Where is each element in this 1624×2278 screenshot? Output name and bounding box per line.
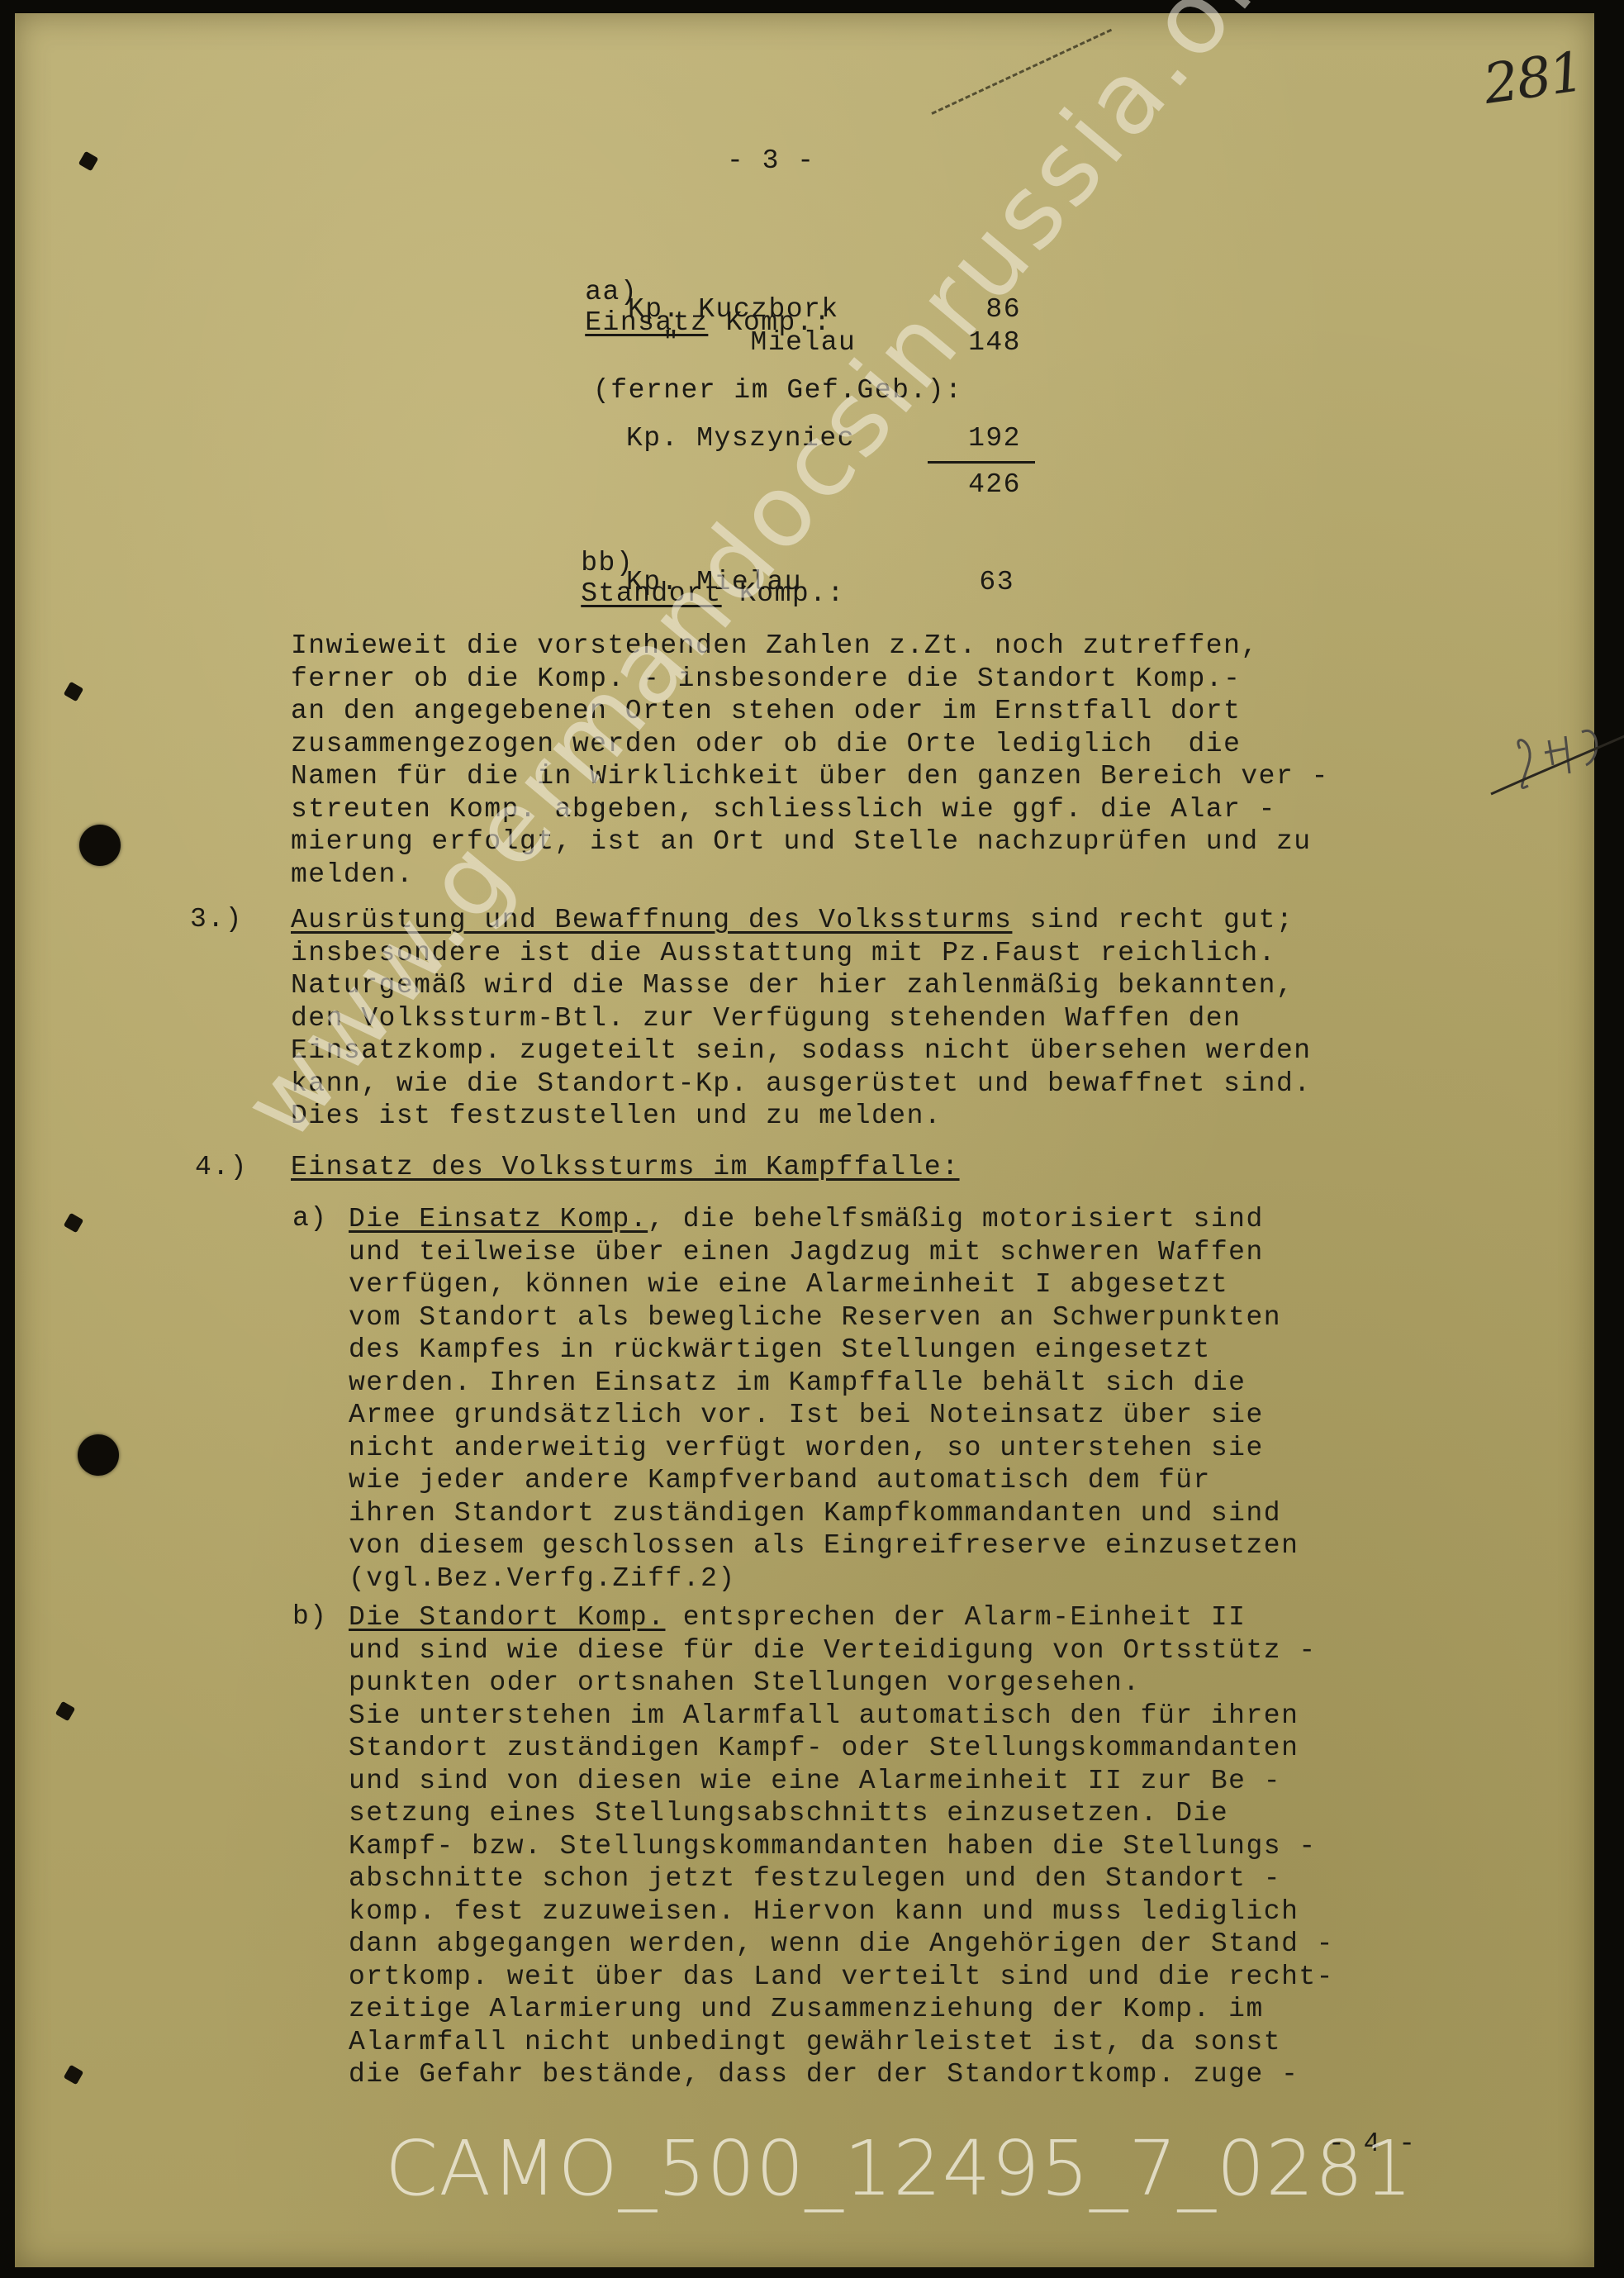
section-4b-label: b) [292, 1601, 328, 1632]
text-line: und teilweise über einen Jagdzug mit sch… [349, 1236, 1522, 1269]
text-line: dann abgegangen werden, wenn die Angehör… [349, 1928, 1522, 1961]
staple-mark [78, 151, 99, 172]
section-4-number: 4.) [195, 1152, 248, 1182]
row-value: 63 [915, 567, 1014, 597]
text-line: kann, wie die Standort-Kp. ausgerüstet u… [291, 1068, 1464, 1101]
section-4a-heading: Die Einsatz Komp. [349, 1204, 648, 1234]
text-line: an den angegebenen Orten stehen oder im … [291, 695, 1464, 728]
text-line: wie jeder andere Kampfverband automatisc… [349, 1464, 1522, 1497]
text-line: setzung eines Stellungsabschnitts einzus… [349, 1797, 1522, 1830]
text-line: zeitige Alarmierung und Zusammenziehung … [349, 1993, 1522, 2026]
company-row: Kp. Mielau [626, 567, 802, 597]
company-row: " Mielau [662, 327, 856, 358]
row-prefix: Kp. [626, 567, 679, 597]
text-line: Sie unterstehen im Alarmfall automatisch… [349, 1700, 1522, 1733]
text-line: und sind wie diese für die Verteidigung … [349, 1634, 1522, 1667]
section-4b: Die Standort Komp. entsprechen der Alarm… [349, 1601, 1522, 2091]
punch-hole [78, 1434, 119, 1476]
row-name: Myszyniec [696, 423, 855, 454]
folio-number: 281 [1479, 40, 1587, 117]
tear-mark [55, 1701, 76, 1722]
row-value: 148 [922, 327, 1021, 358]
page-number-top: - 3 - [727, 145, 815, 176]
text-line: Kampf- bzw. Stellungskommandanten haben … [349, 1830, 1522, 1863]
tear-mark [64, 2065, 84, 2085]
row-name: Kuczbork [698, 294, 838, 325]
pencil-mark [931, 29, 1112, 115]
text-line: nicht anderweitig verfügt worden, so unt… [349, 1432, 1522, 1465]
text-line: und sind von diesen wie eine Alarmeinhei… [349, 1765, 1522, 1798]
text-line: melden. [291, 858, 1464, 892]
row-prefix: " [662, 327, 680, 358]
text-line: punkten oder ortsnahen Stellungen vorges… [349, 1667, 1522, 1700]
text-line: (vgl.Bez.Verfg.Ziff.2) [349, 1562, 1522, 1596]
section-3: Ausrüstung und Bewaffnung des Volkssturm… [291, 904, 1464, 1133]
text-line: zusammengezogen werden oder ob die Orte … [291, 728, 1464, 761]
text-line: werden. Ihren Einsatz im Kampffalle behä… [349, 1367, 1522, 1400]
text-line: mierung erfolgt, ist an Ort und Stelle n… [291, 825, 1464, 858]
document-page: 281 - 3 - aa) Einsatz Komp.: Kp. Kuczbor… [15, 13, 1594, 2267]
text-line: des Kampfes in rückwärtigen Stellungen e… [349, 1334, 1522, 1367]
row-prefix: Kp. [628, 294, 681, 325]
tear-mark [64, 1213, 84, 1234]
text-line: Einsatzkomp. zugeteilt sein, sodass nich… [291, 1034, 1464, 1068]
text-line: Namen für die in Wirklichkeit über den g… [291, 760, 1464, 793]
section-4-heading: Einsatz des Volkssturms im Kampffalle: [291, 1152, 960, 1182]
text-line: streuten Komp. abgeben, schliesslich wie… [291, 793, 1464, 826]
sum-rule [928, 461, 1035, 464]
text-line: ihren Standort zuständigen Kampfkommanda… [349, 1497, 1522, 1530]
text-line: ortkomp. weit über das Land verteilt sin… [349, 1961, 1522, 1994]
row-value: 192 [922, 423, 1021, 454]
section-4a: Die Einsatz Komp., die behelfsmäßig moto… [349, 1203, 1522, 1595]
text-line: Dies ist festzustellen und zu melden. [291, 1100, 1464, 1133]
text-line: ferner ob die Komp. - insbesondere die S… [291, 663, 1464, 696]
text-line: Armee grundsätzlich vor. Ist bei Noteins… [349, 1399, 1522, 1432]
section-4b-first-line: entsprechen der Alarm-Einheit II [665, 1602, 1246, 1633]
tear-mark [64, 682, 84, 702]
text-line: komp. fest zuzuweisen. Hiervon kann und … [349, 1895, 1522, 1928]
text-line: den Volkssturm-Btl. zur Verfügung stehen… [291, 1002, 1464, 1035]
initials-signature-icon [1487, 716, 1624, 798]
section-4a-label: a) [292, 1203, 328, 1234]
punch-hole [79, 825, 121, 866]
text-line: die Gefahr bestände, dass der der Stando… [349, 2058, 1522, 2091]
section-3-heading: Ausrüstung und Bewaffnung des Volkssturm… [291, 905, 1012, 935]
text-line: abschnitte schon jetzt festzulegen und d… [349, 1862, 1522, 1895]
text-line: insbesondere ist die Ausstattung mit Pz.… [291, 937, 1464, 970]
text-line: verfügen, können wie eine Alarmeinheit I… [349, 1268, 1522, 1301]
row-name: Mielau [696, 567, 802, 597]
company-row: Kp. Kuczbork [628, 294, 839, 325]
aa-total: 426 [922, 469, 1021, 500]
section-3-number: 3.) [190, 904, 243, 935]
section-4a-first-line: , die behelfsmäßig motorisiert sind [648, 1204, 1264, 1234]
row-value: 86 [922, 294, 1021, 325]
text-line: Standort zuständigen Kampf- oder Stellun… [349, 1732, 1522, 1765]
text-line: Inwieweit die vorstehenden Zahlen z.Zt. … [291, 630, 1464, 663]
text-line: von diesem geschlossen als Eingreifreser… [349, 1529, 1522, 1562]
text-line: vom Standort als bewegliche Reserven an … [349, 1301, 1522, 1334]
row-prefix: Kp. [626, 423, 679, 454]
text-line: Alarmfall nicht unbedingt gewährleistet … [349, 2026, 1522, 2059]
aa-note: (ferner im Gef.Geb.): [593, 375, 962, 406]
text-line: Naturgemäß wird die Masse der hier zahle… [291, 969, 1464, 1002]
row-name: Mielau [751, 327, 857, 358]
section-4b-heading: Die Standort Komp. [349, 1602, 665, 1633]
archive-id-watermark: CAMO_500_12495_7_0281 [385, 2124, 1413, 2213]
section-3-first-line: sind recht gut; [1012, 905, 1294, 935]
company-row: Kp. Myszyniec [626, 423, 855, 454]
paragraph-intro: Inwieweit die vorstehenden Zahlen z.Zt. … [291, 630, 1464, 891]
